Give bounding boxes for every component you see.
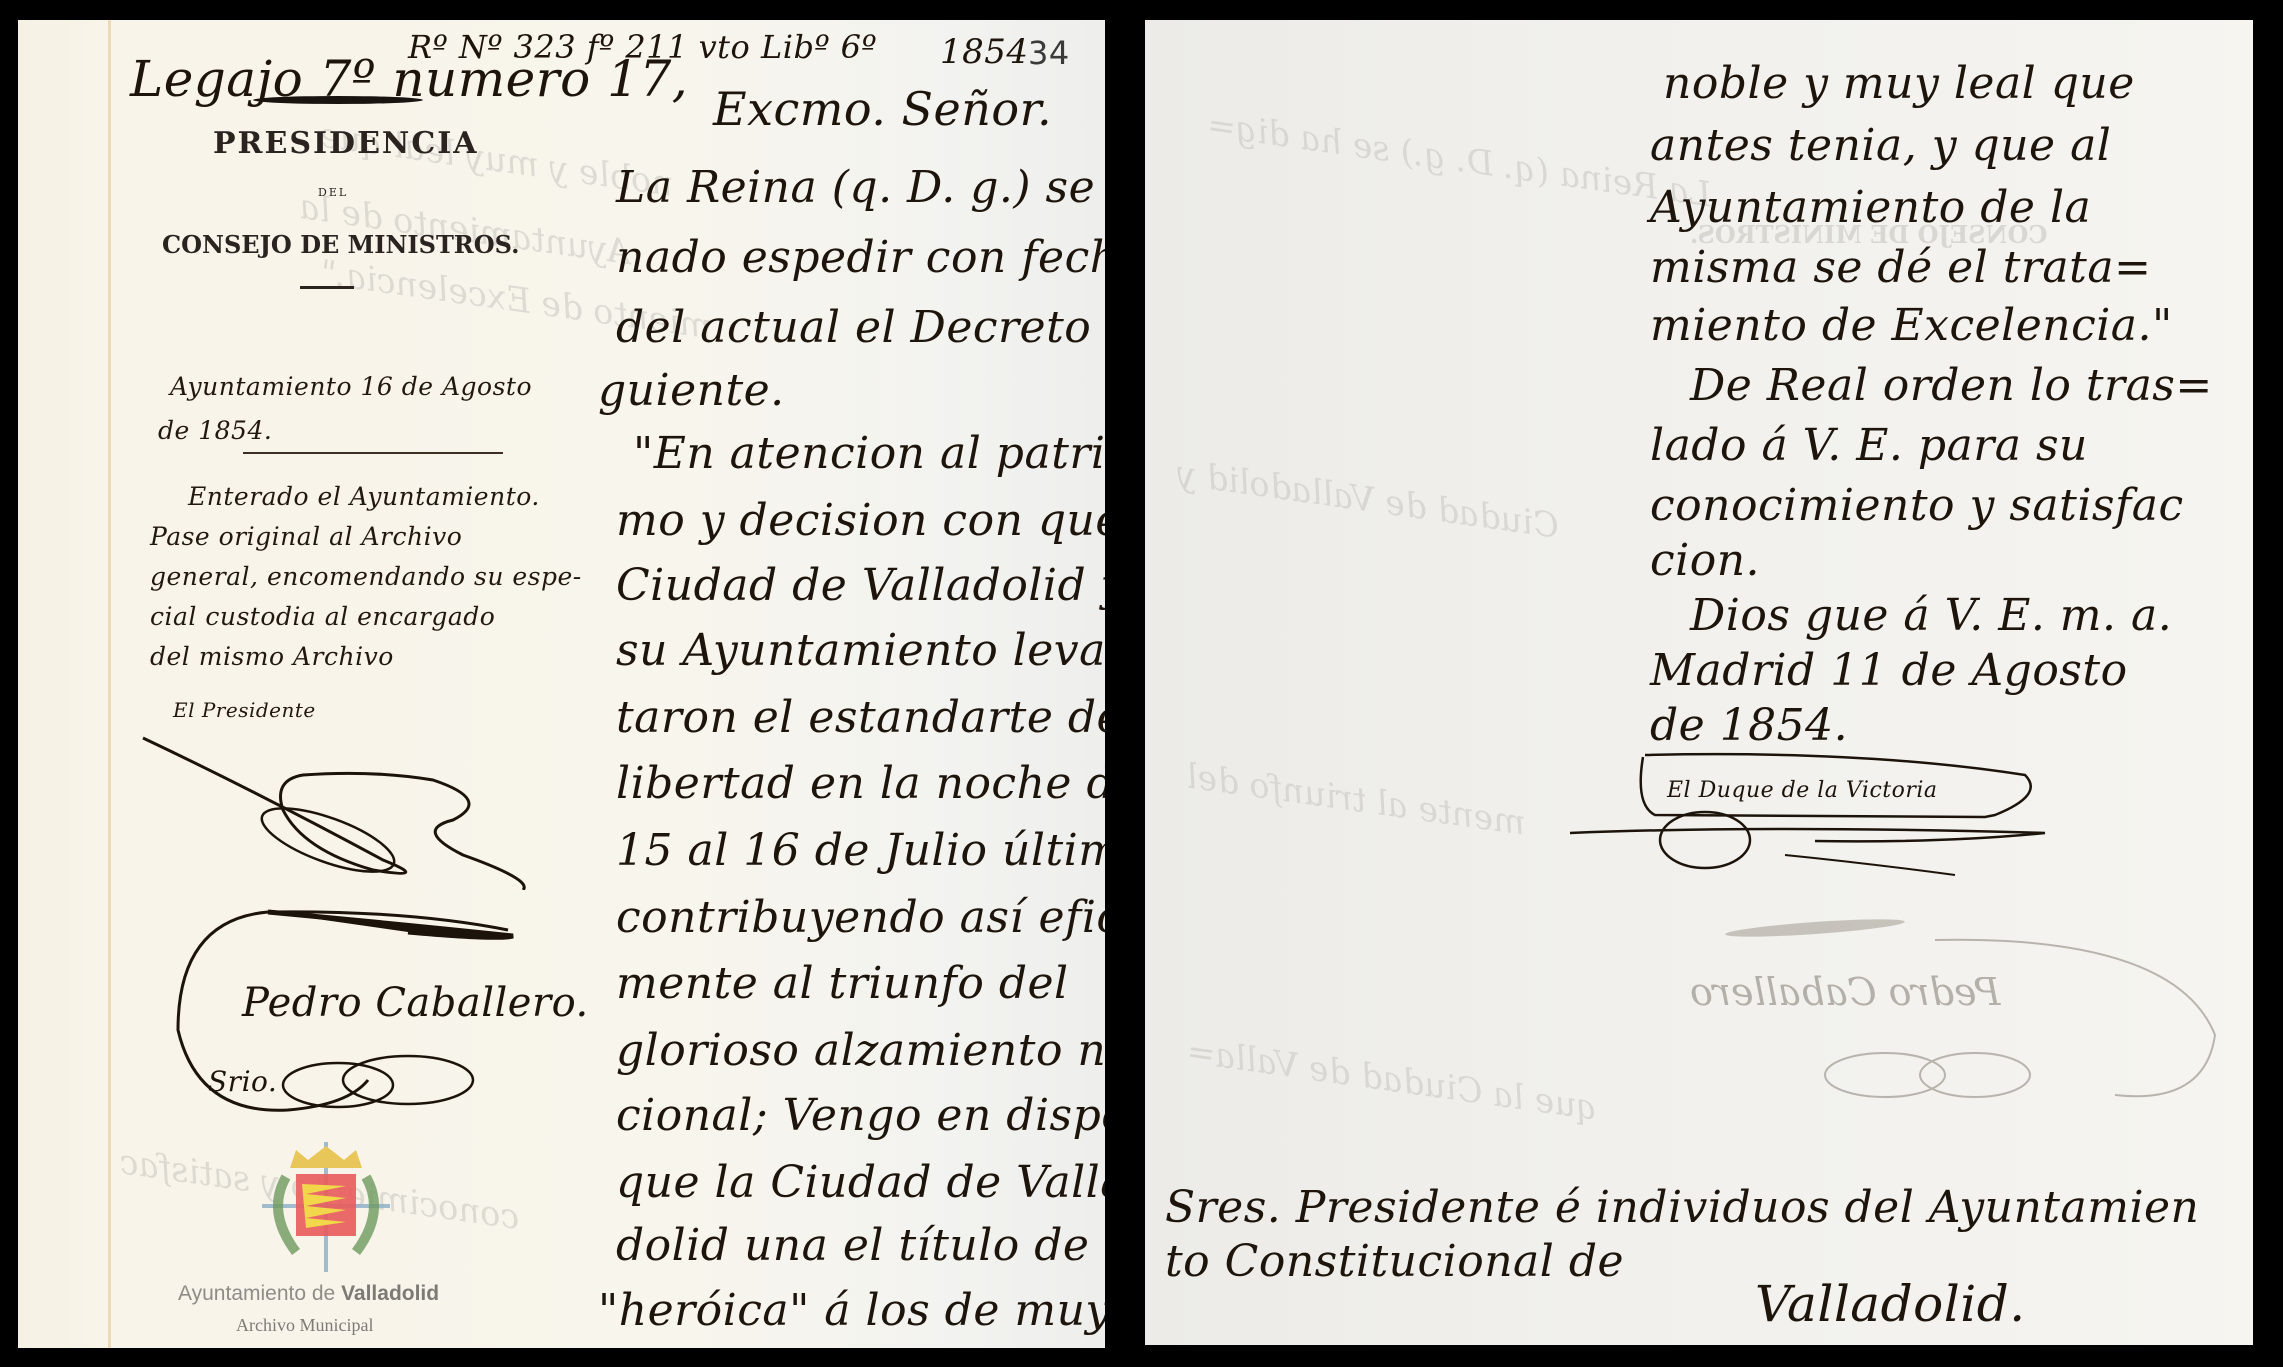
signature-name: Pedro Caballero. [242, 980, 589, 1026]
body-line: lado á V. E. para su [1650, 420, 2088, 471]
right-page: CONSEJO DE MINISTROS. La Reina (q. D. g.… [1145, 20, 2253, 1345]
ghost-signature-flourish [1735, 935, 2253, 1115]
addressee-city: Valladolid. [1755, 1275, 2026, 1333]
body-line: Ciudad de Valladolid y [616, 560, 1105, 611]
valladolid-coat-of-arms-icon [256, 1142, 396, 1272]
body-line: del actual el Decreto si= [616, 302, 1105, 353]
body-line: misma se dé el trata= [1650, 242, 2151, 293]
body-line: "heróica" á los de muy [598, 1285, 1105, 1336]
addressee-line: to Constitucional de [1165, 1236, 1624, 1287]
fold-line [108, 20, 111, 1348]
body-line: cional; Vengo en disponer [616, 1090, 1105, 1141]
duque-signature-flourish [1565, 745, 2085, 895]
body-line: que la Ciudad de Valla= [616, 1157, 1105, 1208]
body-line: miento de Excelencia." [1650, 300, 2173, 351]
body-line: Madrid 11 de Agosto [1650, 645, 2128, 696]
left-page: noble y muy leal que Ayuntamiento de la … [18, 20, 1105, 1348]
margin-note-line: cial custodia al encargado [150, 602, 495, 631]
body-line: nado espedir con fecha 8 [616, 232, 1105, 283]
body-line: noble y muy leal que [1663, 58, 2135, 109]
body-line: antes tenia, y que al [1650, 120, 2111, 171]
body-line: 15 al 16 de Julio último [616, 825, 1105, 876]
letterhead-divider [300, 286, 354, 289]
body-line: Dios gue á V. E. m. a. [1690, 590, 2172, 641]
body-line: guiente. [598, 365, 785, 416]
body-line: libertad en la noche del [616, 758, 1105, 809]
margin-note-line: Enterado el Ayuntamiento. [188, 482, 540, 511]
body-line: Ayuntamiento de la [1650, 182, 2091, 233]
body-line: su Ayuntamiento levan= [616, 625, 1105, 676]
body-line: taron el estandarte de la [616, 692, 1105, 743]
body-line: De Real orden lo tras= [1690, 360, 2213, 411]
letterhead-title: PRESIDENCIA [213, 126, 479, 161]
body-line: glorioso alzamiento na= [616, 1025, 1105, 1076]
archive-reference: Rº Nº 323 fº 211 vto Libº 6º [408, 28, 877, 66]
body-line: mente al triunfo del [616, 958, 1069, 1009]
archive-department: Archivo Municipal [236, 1315, 373, 1336]
president-signature-flourish [133, 720, 553, 890]
year-label: 1854 [940, 32, 1029, 72]
body-line: La Reina (q. D. g.) se ha dig= [616, 162, 1105, 213]
bleed-through-text: mente al triunfo del [1184, 756, 1528, 843]
addressee-line: Sres. Presidente é individuos del Ayunta… [1165, 1182, 2199, 1233]
letterhead-ornament [253, 96, 423, 104]
margin-note-line: del mismo Archivo [150, 642, 394, 671]
signature-label: El Presidente [173, 698, 316, 722]
body-line: cion. [1650, 535, 1760, 586]
margin-note-underline [243, 452, 503, 454]
signature-title: Srio. [208, 1065, 277, 1098]
body-line: conocimiento y satisfac [1650, 480, 2184, 531]
body-line: de 1854. [1650, 700, 1848, 751]
body-line: dolid una el título de [616, 1220, 1089, 1271]
body-line: mo y decision con que la [616, 495, 1105, 546]
margin-note-line: de 1854. [158, 416, 272, 445]
archive-institution: Ayuntamiento de Valladolid [178, 1282, 439, 1306]
bleed-through-text: que la Ciudad de Valla= [1184, 1031, 1600, 1128]
letterhead-subtitle: CONSEJO DE MINISTROS. [162, 230, 519, 259]
margin-note-line: general, encomendando su espe- [150, 562, 582, 591]
salutation: Excmo. Señor. [713, 82, 1052, 136]
body-line: "En atencion al patriotis= [633, 428, 1105, 479]
duque-signature: El Duque de la Victoria [1667, 778, 1938, 803]
body-line: contribuyendo así eficaz= [616, 892, 1105, 943]
bleed-through-text: Ciudad de Valladolid y [1174, 453, 1561, 546]
margin-note-line: Ayuntamiento 16 de Agosto [170, 372, 532, 401]
letterhead-connector: DEL [318, 186, 348, 199]
page-number: 34 [1028, 34, 1070, 72]
bleed-through-text: La Reina (q. D. g.) se ha dig= [1205, 105, 1714, 215]
margin-note-line: Pase original al Archivo [150, 522, 462, 551]
